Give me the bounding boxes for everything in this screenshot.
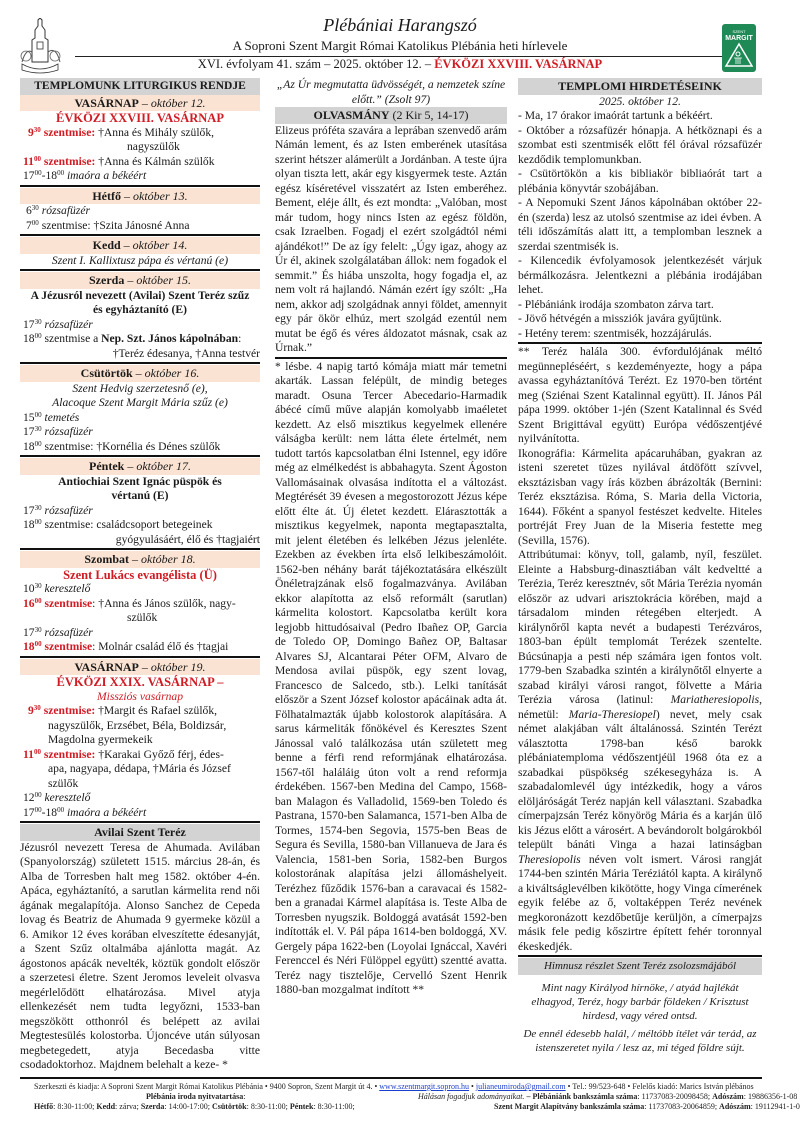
announcements-date: 2025. október 12. <box>518 95 762 110</box>
day-name: Péntek <box>89 459 124 473</box>
divider <box>20 656 260 658</box>
email-link[interactable]: julianeumiroda@gmail.com <box>476 1082 566 1091</box>
masthead: Plébániai Harangszó A Soproni Szent Marg… <box>0 0 800 80</box>
reading-reference: (2 Kir 5, 14-17) <box>390 108 469 122</box>
feast-subtitle: Missziós vasárnap <box>20 690 260 705</box>
mass-entry-cont: nagyszülők <box>20 140 260 155</box>
day-date: – október 19. <box>139 660 206 674</box>
announcement-item: - Hetény terem: szentmisék, hozzájárulás… <box>518 327 762 342</box>
reading-title: OLVASMÁNY <box>313 108 389 122</box>
divider <box>518 342 762 344</box>
iconography-paragraph: Ikonográfia: Kármelita apácaruhában, gya… <box>518 447 762 549</box>
feast-title: A Jézusról nevezett (Avilai) Szent Teréz… <box>20 289 260 318</box>
day-name: Csütörtök <box>81 366 133 380</box>
liturgy-column: TEMPLOMUNK LITURGIKUS RENDJE VASÁRNAP – … <box>20 78 260 1073</box>
divider <box>20 455 260 457</box>
schedule-entry: 1030 keresztelő <box>20 582 260 597</box>
newsletter-subtitle: A Soproni Szent Margit Római Katolikus P… <box>0 38 800 54</box>
schedule-entry: 700 szentmise: †Szita Jánosné Anna <box>20 219 260 234</box>
day-date: – október 12. <box>139 96 206 110</box>
schedule-entry: 1730 rózsafüzér <box>20 504 260 519</box>
day-date: – október 16. <box>133 366 200 380</box>
prayer-entry: 1700-1800 imaóra a békéért <box>20 169 260 184</box>
issue-feast: ÉVKÖZI XXVIII. VASÁRNAP <box>434 57 602 71</box>
announcement-item: - Csütörtökön a kis bibliakör bibliaórát… <box>518 167 762 196</box>
feast-title: ÉVKÖZI XXIX. VASÁRNAP – <box>20 675 260 690</box>
mass-entry-cont: †Teréz édesanya, †Anna testvér <box>20 347 260 362</box>
office-hours-heading: Plébánia iroda nyitvatartása: <box>146 1092 245 1102</box>
schedule-entry: 630 rózsafüzér <box>20 204 260 219</box>
day-name: VASÁRNAP <box>74 96 138 110</box>
day-header-wednesday: Szerda – október 15. <box>20 272 260 289</box>
day-name: Hétfő <box>92 189 121 203</box>
office-hours: Hétfő: 8:30-11:00; Kedd: zárva; Szerda: … <box>34 1102 355 1112</box>
saint-heading: Avilai Szent Teréz <box>20 824 260 841</box>
mass-entry: 1800 szentmise: †Kornélia és Dénes szülő… <box>20 440 260 455</box>
newsletter-title: Plébániai Harangszó <box>0 15 800 36</box>
publisher-line: Szerkeszti és kiadja: A Soproni Szent Ma… <box>34 1082 754 1092</box>
feast-title: Szent Lukács evangélista (Ü) <box>20 568 260 583</box>
mass-entry: 1100 szentmise: †Anna és Kálmán szülők <box>20 155 260 170</box>
psalm-quote: „Az Úr megmutatta üdvösségét, a nemzetek… <box>275 78 507 107</box>
day-name: Szerda <box>89 273 124 287</box>
mass-entry-cont: nagyszülők, Erzsébet, Béla, Boldizsár, M… <box>20 719 260 748</box>
divider <box>518 955 762 957</box>
feast-title: Szent I. Kallixtusz pápa és vértanú (e) <box>20 254 260 269</box>
issue-line: XVI. évfolyam 41. szám – 2025. október 1… <box>0 57 800 72</box>
schedule-entry: 1200 keresztelő <box>20 791 260 806</box>
mass-entry-cont: apa, nagyapa, dédapa, †Mária és József s… <box>20 762 260 791</box>
schedule-entry: 1730 rózsafüzér <box>20 626 260 641</box>
day-header-saturday: Szombat – október 18. <box>20 551 260 568</box>
day-date: – október 17. <box>124 459 191 473</box>
day-header-sunday-19: VASÁRNAP – október 19. <box>20 659 260 676</box>
divider <box>20 185 260 187</box>
mass-entry-cont: gyógyulásáért, élő és †tagjaiért <box>20 533 260 548</box>
attributes-paragraph: Attribútumai: könyv, toll, galamb, nyíl,… <box>518 548 762 954</box>
day-name: Szombat <box>84 552 129 566</box>
day-header-friday: Péntek – október 17. <box>20 458 260 475</box>
divider <box>20 821 260 823</box>
schedule-entry: 1500 temetés <box>20 411 260 426</box>
announcements-heading: TEMPLOMI HIRDETÉSEINK <box>518 78 762 95</box>
hymn-heading: Himnusz részlet Szent Teréz zsolozsmájáb… <box>518 958 762 975</box>
day-date: – október 13. <box>121 189 188 203</box>
divider <box>275 357 507 359</box>
saint-biography: Jézusról nevezett Teresa de Ahumada. Avi… <box>20 841 260 1073</box>
day-date: – október 14. <box>121 238 188 252</box>
day-header-thursday: Csütörtök – október 16. <box>20 365 260 382</box>
day-header-tuesday: Kedd – október 14. <box>20 237 260 254</box>
feast-title: Antiochiai Szent Ignác püspök és vértanú… <box>20 475 260 504</box>
saint-biography-continued: * lésbe. 4 napig tartó kómája miatt már … <box>275 360 507 998</box>
svg-text:MARGIT: MARGIT <box>725 35 753 42</box>
liturgy-heading: TEMPLOMUNK LITURGIKUS RENDJE <box>20 78 260 95</box>
divider <box>20 362 260 364</box>
mass-entry: 1800 szentmise: családcsoport betegeinek <box>20 518 260 533</box>
website-link[interactable]: www.szentmargit.sopron.hu <box>379 1082 469 1091</box>
announcement-item: - A Nepomuki Szent János kápolnában októ… <box>518 196 762 254</box>
day-date: – október 15. <box>124 273 191 287</box>
prayer-entry: 1700-1800 imaóra a békéért <box>20 806 260 821</box>
schedule-entry: 1730 rózsafüzér <box>20 425 260 440</box>
schedule-entry: 1730 rózsafüzér <box>20 318 260 333</box>
hymn-stanza: De ennél édesebb halál, / méltóbb ítélet… <box>518 1025 762 1057</box>
parish-bank-line: Hálásan fogadjuk adományaikat. – Plébáni… <box>418 1092 797 1102</box>
day-name: Kedd <box>93 238 121 252</box>
day-header-sunday-12: VASÁRNAP – október 12. <box>20 95 260 112</box>
footer-divider <box>20 1077 762 1079</box>
announcements-column: TEMPLOMI HIRDETÉSEINK 2025. október 12. … <box>518 78 762 1057</box>
feast-title: Alacoque Szent Margit Mária szűz (e) <box>20 396 260 411</box>
mass-entry: 930 szentmise: †Margit és Rafael szülők, <box>20 704 260 719</box>
issue-number: XVI. évfolyam 41. szám – 2025. október 1… <box>198 57 434 71</box>
feast-title: ÉVKÖZI XXVIII. VASÁRNAP <box>20 111 260 126</box>
reading-heading: OLVASMÁNY (2 Kir 5, 14-17) <box>275 107 507 124</box>
szent-margit-logo-icon: SZENT MARGIT <box>722 24 756 72</box>
announcement-item: - Jövő hétvégén a missziók javára gyűjtü… <box>518 312 762 327</box>
mass-entry: 1800 szentmise: Molnár család élő és †ta… <box>20 640 260 655</box>
reading-column: „Az Úr megmutatta üdvösségét, a nemzetek… <box>275 78 507 998</box>
divider <box>20 234 260 236</box>
day-header-monday: Hétfő – október 13. <box>20 188 260 205</box>
divider <box>20 269 260 271</box>
announcement-item: - Október a rózsafüzér hónapja. A hétköz… <box>518 124 762 168</box>
announcement-item: - Kilencedik évfolyamosok jelentkezését … <box>518 254 762 298</box>
saint-biography-end: ** Teréz halála 300. évfordulójának mélt… <box>518 345 762 447</box>
svg-text:SZENT: SZENT <box>732 29 746 34</box>
mass-entry: 1800 szentmise a Nep. Szt. János kápolná… <box>20 332 260 347</box>
feast-title: Szent Hedvig szerzetesnő (e), <box>20 382 260 397</box>
reading-text: Elizeus próféta szavára a leprában szenv… <box>275 124 507 356</box>
divider <box>20 548 260 550</box>
announcement-item: - Ma, 17 órakor imaórát tartunk a békéér… <box>518 109 762 124</box>
mass-entry-cont: szülők <box>20 611 260 626</box>
foundation-bank-line: Szent Margit Alapítvány bankszámla száma… <box>494 1102 800 1112</box>
day-name: VASÁRNAP <box>74 660 138 674</box>
announcement-item: - Plébániánk irodája szombaton zárva tar… <box>518 298 762 313</box>
hymn-stanza: Mint nagy Királyod hírnöke, / atyád hajl… <box>518 979 762 1025</box>
day-date: – október 18. <box>129 552 196 566</box>
mass-entry: 1600 szentmise: †Anna és János szülők, n… <box>20 597 260 612</box>
mass-entry: 930 szentmise: †Anna és Mihály szülők, <box>20 126 260 141</box>
mass-entry: 1100 szentmise: †Karakai Győző férj, éde… <box>20 748 260 763</box>
